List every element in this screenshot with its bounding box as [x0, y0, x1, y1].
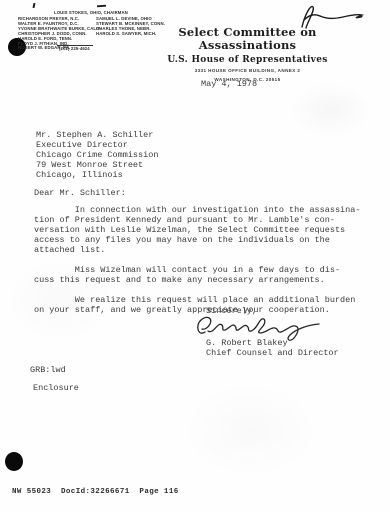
letterhead-committee-name: Select Committee on Assassinations — [135, 26, 360, 52]
reference-initials: GRB:lwd — [30, 365, 66, 375]
letterhead-chamber-name: U.S. House of Representatives — [135, 54, 360, 66]
letterhead-address-line1: 3331 HOUSE OFFICE BUILDING, ANNEX 2 — [135, 68, 360, 75]
hole-punch-bottom — [5, 452, 23, 471]
signer-title: Chief Counsel and Director — [206, 348, 339, 358]
letter-body: In connection with our investigation int… — [34, 205, 360, 315]
scan-mark — [97, 5, 106, 7]
letter-date: May 4, 1978 — [201, 79, 257, 89]
letterhead-center: Select Committee on Assassinations U.S. … — [135, 26, 360, 83]
scanned-letter-page: LOUIS STOKES, OHIO, CHAIRMAN RICHARDSON … — [0, 0, 390, 512]
scan-mark — [33, 3, 36, 8]
enclosure-note: Enclosure — [33, 383, 79, 393]
letterhead-phone: (202) 225-4624 — [59, 47, 90, 52]
signer-name: G. Robert Blakey — [206, 338, 288, 348]
salutation: Dear Mr. Schiller: — [34, 188, 126, 198]
recipient-address-block: Mr. Stephen A. Schiller Executive Direct… — [36, 130, 158, 180]
archive-stamp: NW 55023 DocId:32266671 Page 116 — [12, 488, 179, 496]
